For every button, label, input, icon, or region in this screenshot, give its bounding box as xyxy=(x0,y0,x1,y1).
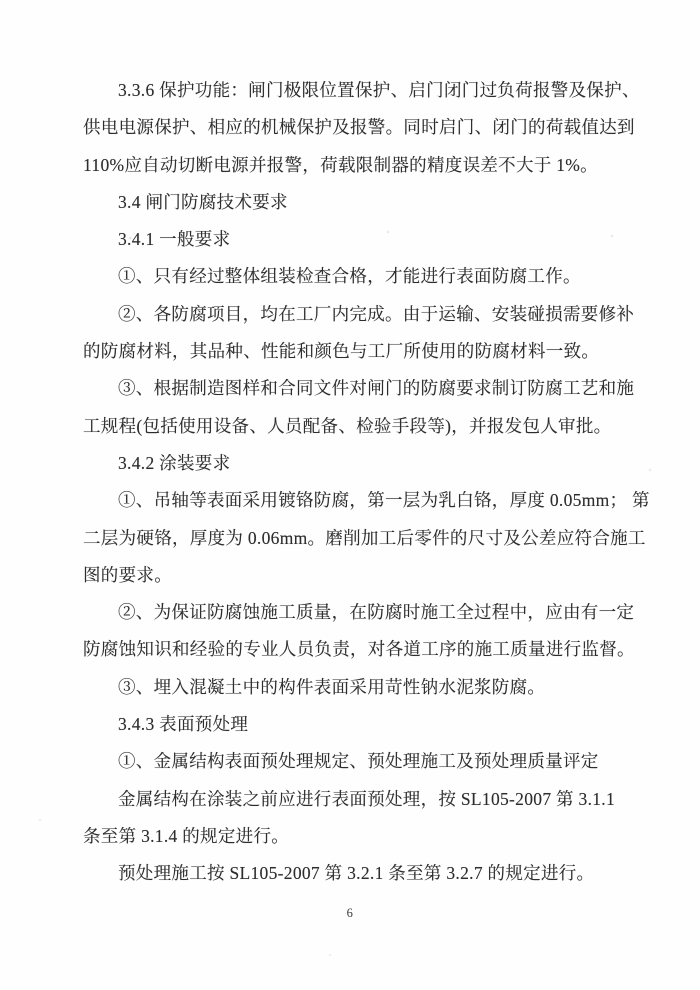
text-line: 图的要求。 xyxy=(83,557,611,594)
section-heading: 3.4 闸门防腐技术要求 xyxy=(83,184,611,221)
section-heading: 3.4.2 涂装要求 xyxy=(83,445,611,482)
text-line: 预处理施工按 SL105-2007 第 3.2.1 条至第 3.2.7 的规定进… xyxy=(83,855,611,892)
text-line: 防腐蚀知识和经验的专业人员负责，对各道工序的施工质量进行监督。 xyxy=(83,631,611,668)
text-line: ①、只有经过整体组装检查合格，才能进行表面防腐工作。 xyxy=(83,258,611,295)
text-line: ③、根据制造图样和合同文件对闸门的防腐要求制订防腐工艺和施 xyxy=(83,370,611,407)
text-line: 3.3.6 保护功能：闸门极限位置保护、启门闭门过负荷报警及保护、 xyxy=(83,72,611,109)
text-line: 供电电源保护、相应的机械保护及报警。同时启门、闭门的荷载值达到 xyxy=(83,109,611,146)
text-line: 二层为硬铬，厚度为 0.06mm。磨削加工后零件的尺寸及公差应符合施工 xyxy=(83,520,611,557)
text-line: 的防腐材料，其品种、性能和颜色与工厂所使用的防腐材料一致。 xyxy=(83,333,611,370)
page-number: 6 xyxy=(0,906,700,921)
text-line: ①、吊轴等表面采用镀铬防腐，第一层为乳白铬，厚度 0.05mm； 第 xyxy=(83,482,611,519)
text-line: ②、为保证防腐蚀施工质量，在防腐时施工全过程中，应由有一定 xyxy=(83,594,611,631)
text-line: 金属结构在涂装之前应进行表面预处理，按 SL105-2007 第 3.1.1 xyxy=(83,781,611,818)
section-heading: 3.4.3 表面预处理 xyxy=(83,706,611,743)
section-heading: 3.4.1 一般要求 xyxy=(83,221,611,258)
text-line: 条至第 3.1.4 的规定进行。 xyxy=(83,818,611,855)
document-body: 3.3.6 保护功能：闸门极限位置保护、启门闭门过负荷报警及保护、 供电电源保护… xyxy=(83,72,611,893)
text-line: ①、金属结构表面预处理规定、预处理施工及预处理质量评定 xyxy=(83,743,611,780)
text-line: ②、各防腐项目，均在工厂内完成。由于运输、安装碰损需要修补 xyxy=(83,296,611,333)
text-line: 工规程(包括使用设备、人员配备、检验手段等)，并报发包人审批。 xyxy=(83,408,611,445)
text-line: 110%应自动切断电源并报警，荷载限制器的精度误差不大于 1%。 xyxy=(83,147,611,184)
document-page: 3.3.6 保护功能：闸门极限位置保护、启门闭门过负荷报警及保护、 供电电源保护… xyxy=(0,0,700,990)
text-line: ③、埋入混凝土中的构件表面采用苛性钠水泥浆防腐。 xyxy=(83,669,611,706)
